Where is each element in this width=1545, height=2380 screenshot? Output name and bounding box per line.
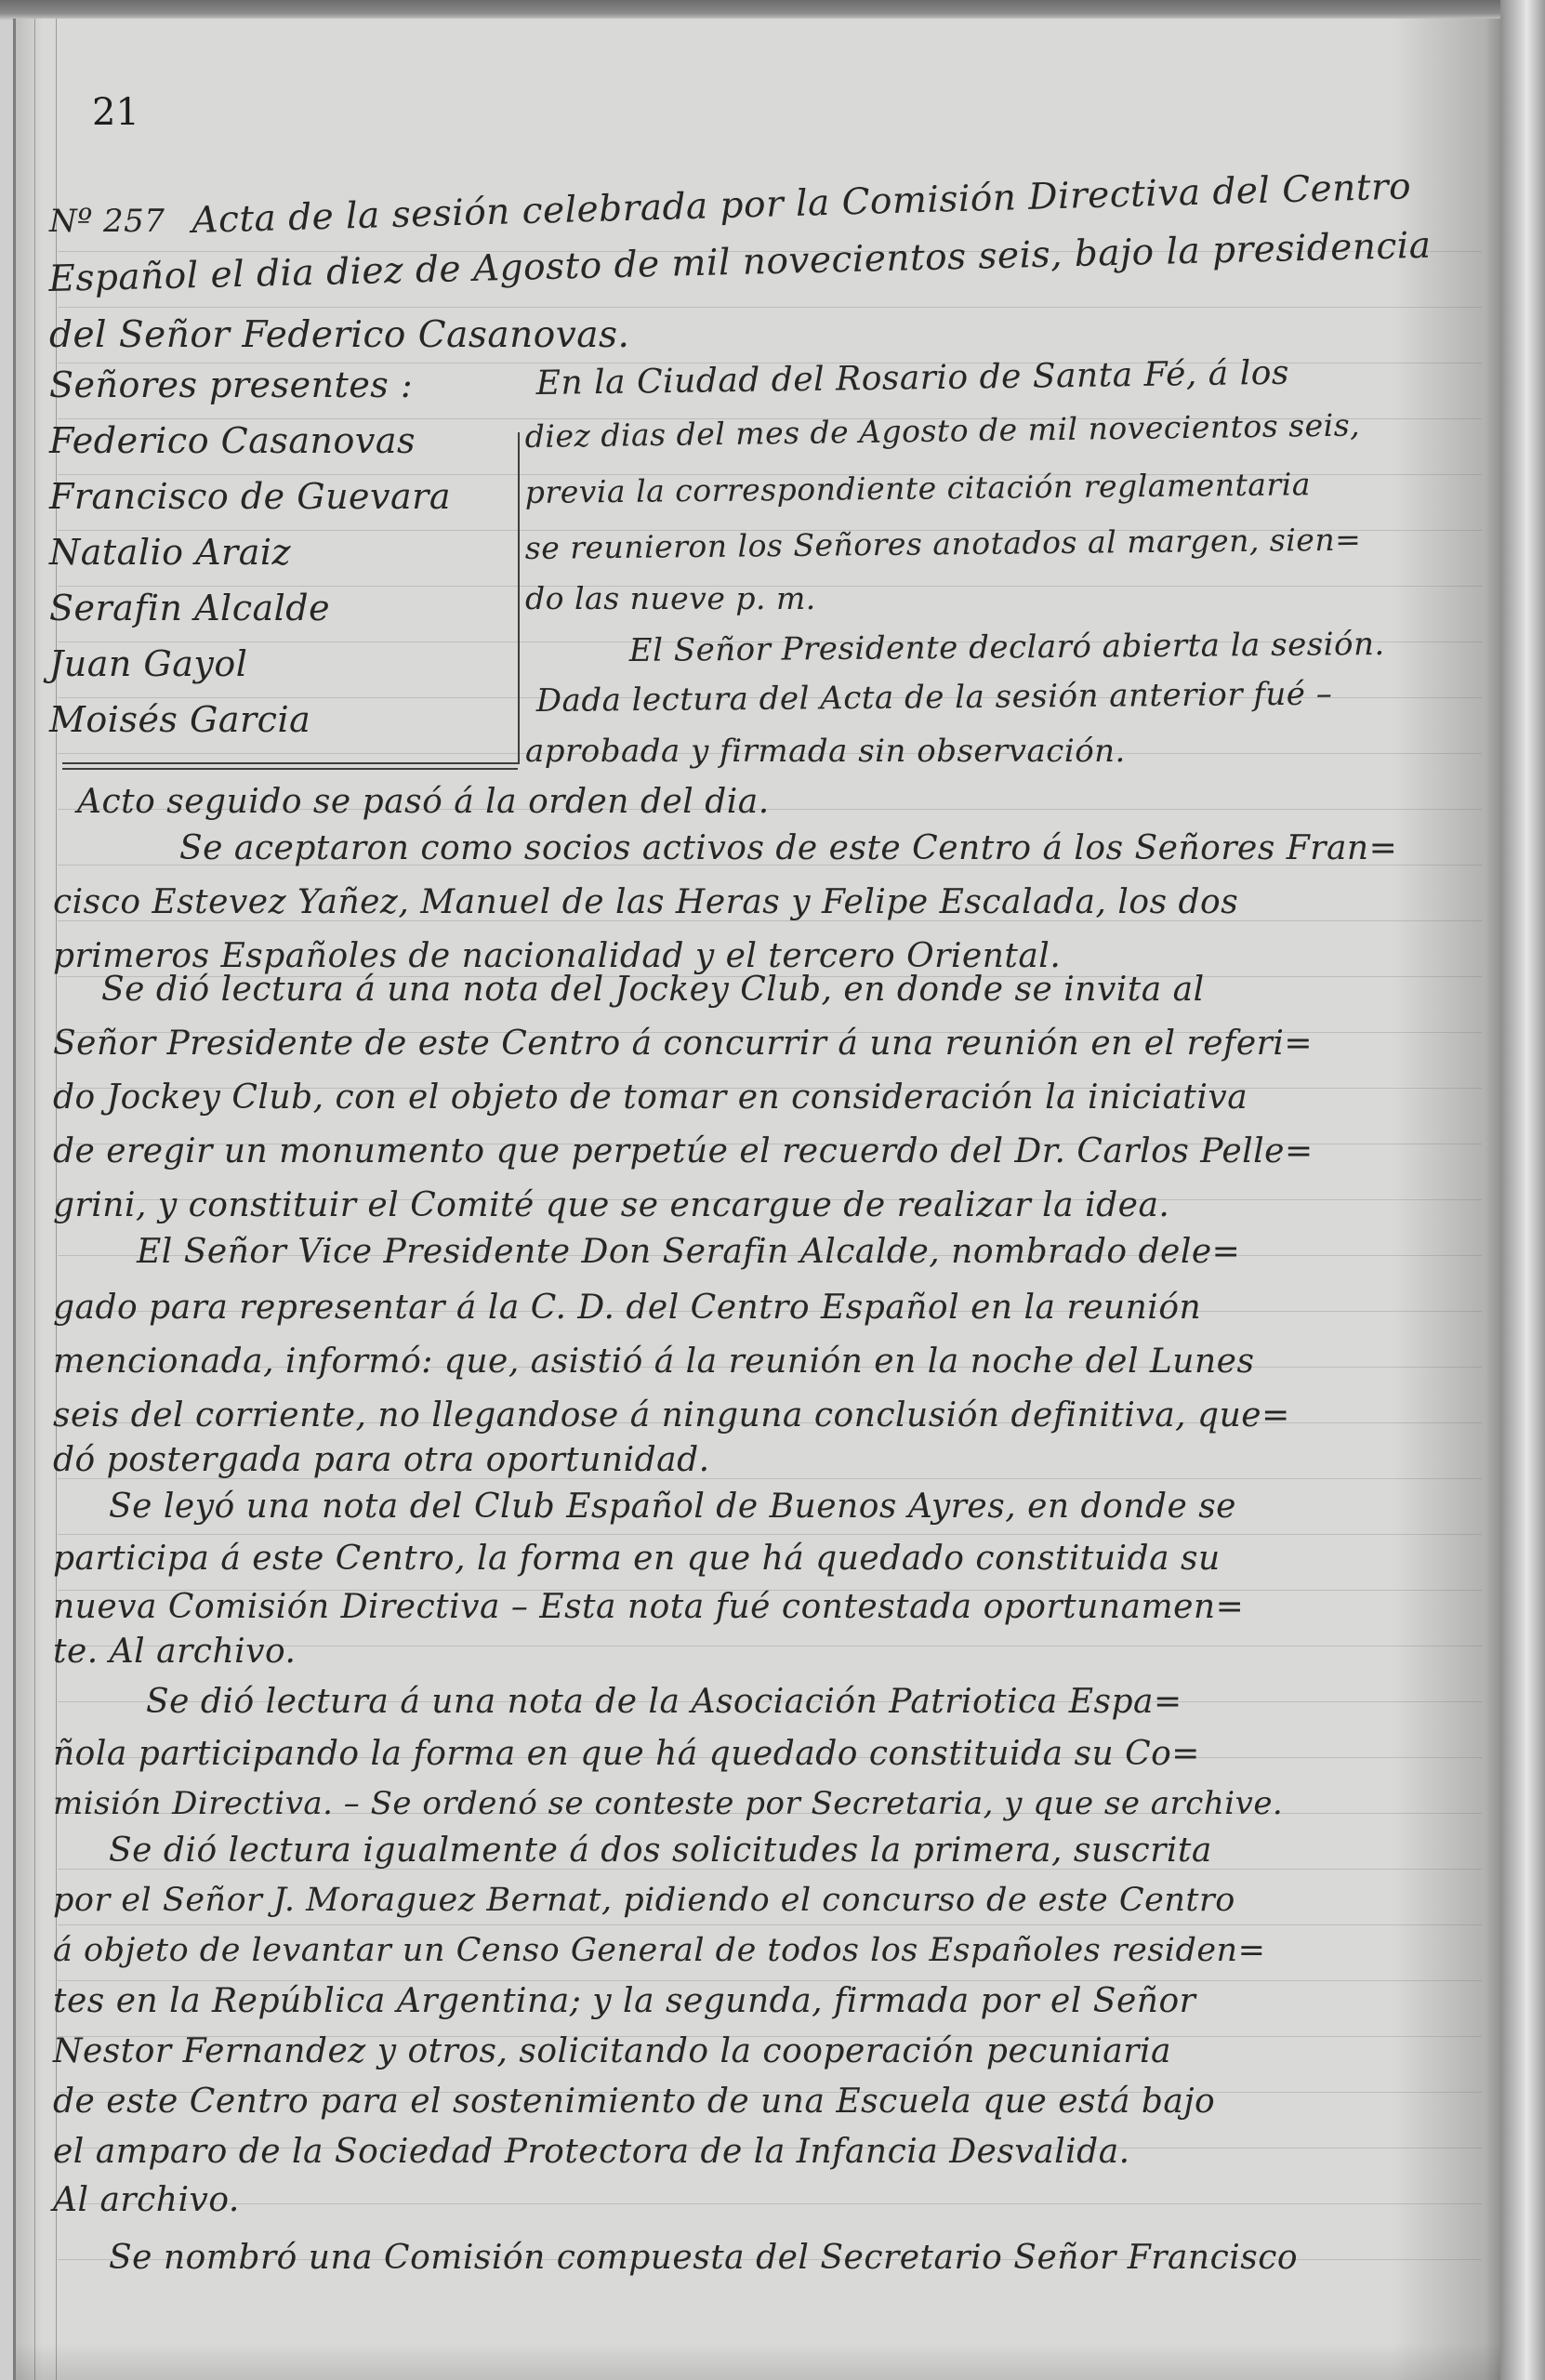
opening-line: Dada lectura del Acta de la sesión anter… [536,676,1333,720]
attendees-box-bottom-rule [62,768,518,770]
body-line: do Jockey Club, con el objeto de tomar e… [53,1078,1248,1117]
attendee-name: Federico Casanovas [49,420,416,461]
attendee-name: Juan Gayol [49,643,247,684]
act-title-line: del Señor Federico Casanovas. [49,314,629,356]
opening-line: El Señor Presidente declaró abierta la s… [629,626,1385,669]
ruled-line [58,2203,1482,2204]
body-line: el amparo de la Sociedad Protectora de l… [53,2133,1130,2171]
body-line: Acto seguido se pasó á la orden del dia. [77,783,770,821]
opening-line: previa la correspondiente citación regla… [525,466,1312,510]
body-line: Se aceptaron como socios activos de este… [179,829,1397,867]
opening-line: aprobada y firmada sin observación. [525,733,1126,770]
body-line: misión Directiva. – Se ordenó se contest… [53,1785,1283,1822]
body-line: dó postergada para otra oportunidad. [53,1441,710,1479]
body-line: gado para representar á la C. D. del Cen… [53,1289,1201,1327]
ledger-book: 21 Nº 257 Acta de la sesión celebrada po… [0,0,1545,2380]
body-line: Se nombró una Comisión compuesta del Sec… [109,2239,1298,2277]
attendee-name: Francisco de Guevara [49,476,451,517]
body-line: de este Centro para el sostenimiento de … [53,2082,1215,2121]
ledger-page: 21 Nº 257 Acta de la sesión celebrada po… [13,19,1500,2380]
opening-line: se reunieron los Señores anotados al mar… [525,522,1362,566]
ruled-line [58,307,1482,308]
page-number: 21 [92,91,139,134]
body-line: participa á este Centro, la forma en que… [53,1540,1221,1578]
ruled-line [58,1980,1482,1981]
body-line: mencionada, informó: que, asistió á la r… [53,1342,1254,1381]
body-line: nueva Comisión Directiva – Esta nota fué… [53,1588,1244,1626]
body-line: Se dió lectura á una nota de la Asociaci… [146,1683,1182,1721]
body-line: El Señor Vice Presidente Don Serafin Alc… [137,1233,1240,1271]
attendees-label: Señores presentes : [49,364,413,405]
body-line: á objeto de levantar un Censo General de… [53,1932,1265,1969]
body-line: Se dió lectura á una nota del Jockey Clu… [101,971,1205,1009]
ruled-line [58,1534,1482,1535]
body-line: Se dió lectura igualmente á dos solicitu… [109,1831,1212,1870]
body-line: grini, y constituir el Comité que se enc… [53,1186,1169,1224]
body-line: Se leyó una nota del Club Español de Bue… [109,1487,1236,1526]
attendee-name: Natalio Araiz [49,532,291,573]
page-bottom-shadow [16,2343,1500,2380]
opening-line: do las nueve p. m. [525,580,816,616]
body-line: por el Señor J. Moraguez Bernat, pidiend… [53,1882,1235,1919]
attendee-name: Serafin Alcalde [49,588,330,628]
page-right-edge [1500,0,1545,2380]
body-line: de eregir un monumento que perpetúe el r… [53,1132,1314,1170]
act-number: Nº 257 [49,203,165,240]
body-line: Nestor Fernandez y otros, solicitando la… [53,2032,1171,2070]
body-line: seis del corriente, no llegandose á ning… [53,1396,1290,1435]
body-line: primeros Españoles de nacionalidad y el … [53,937,1061,975]
opening-line: diez dias del mes de Agosto de mil novec… [524,406,1360,455]
body-line: tes en la República Argentina; y la segu… [53,1982,1195,2020]
body-line: ñola participando la forma en que há que… [53,1735,1200,1773]
body-line: cisco Estevez Yañez, Manuel de las Heras… [53,883,1238,921]
body-line: te. Al archivo. [53,1633,296,1671]
attendee-name: Moisés Garcia [49,699,310,740]
ruled-line [58,1924,1482,1925]
body-line: Al archivo. [53,2181,240,2219]
opening-line: En la Ciudad del Rosario de Santa Fé, á … [535,354,1289,403]
body-line: Señor Presidente de este Centro á concur… [53,1025,1313,1063]
